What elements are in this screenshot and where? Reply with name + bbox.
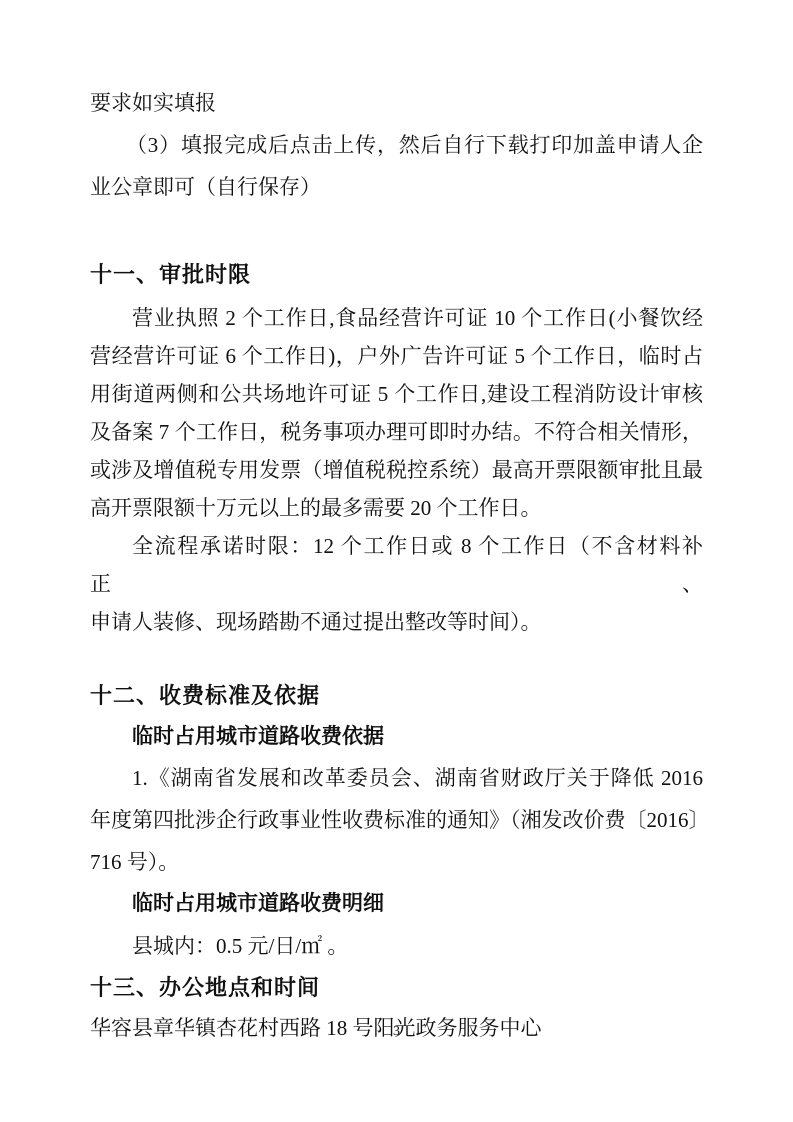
fee-basis-subheading: 临时占用城市道路收费依据 [90,717,703,757]
fee-detail-subheading: 临时占用城市道路收费明细 [90,883,703,925]
body-line: 用街道两侧和公共场地许可证 5 个工作日,建设工程消防设计审核 [90,375,703,413]
section-heading-13: 十三、办公地点和时间 [90,967,703,1009]
body-line: 年度第四批涉企行政事业性收费标准的通知》（湘发改价费〔2016〕 [90,799,703,841]
document-page: 要求如实填报 （3）填报完成后点击上传，然后自行下载打印加盖申请人企 业公章即可… [0,0,793,1122]
body-line: 全流程承诺时限：12 个工作日或 8 个工作日（不含材料补正、 [90,527,703,603]
section12-detail-paragraph: 县城内：0.5 元/日/㎡ 。 [90,925,703,967]
intro-paragraph: 要求如实填报 （3）填报完成后点击上传，然后自行下载打印加盖申请人企 业公章即可… [90,82,703,208]
section12-basis-paragraph: 1.《湖南省发展和改革委员会、湖南省财政厅关于降低 2016 年度第四批涉企行政… [90,757,703,883]
body-line: 营经营许可证 6 个工作日)，户外广告许可证 5 个工作日，临时占 [90,337,703,375]
body-line: 营业执照 2 个工作日,食品经营许可证 10 个工作日(小餐饮经 [90,299,703,337]
page-number: 3 [0,1022,793,1042]
section11-paragraph-2: 全流程承诺时限：12 个工作日或 8 个工作日（不含材料补正、 申请人装修、现场… [90,527,703,641]
section-heading-12: 十二、收费标准及依据 [90,675,703,717]
body-line: 及备案 7 个工作日，税务事项办理可即时办结。不符合相关情形， [90,413,703,451]
body-line: 申请人装修、现场踏勘不通过提出整改等时间）。 [90,603,703,641]
intro-line: （3）填报完成后点击上传，然后自行下载打印加盖申请人企 [90,124,703,166]
body-line: 716 号）。 [90,841,703,883]
fee-detail-line: 县城内：0.5 元/日/㎡ 。 [90,925,703,967]
document-content: 要求如实填报 （3）填报完成后点击上传，然后自行下载打印加盖申请人企 业公章即可… [90,0,703,1047]
intro-line: 业公章即可（自行保存） [90,166,703,208]
body-line: 高开票限额十万元以上的最多需要 20 个工作日。 [90,489,703,527]
intro-line: 要求如实填报 [90,82,703,124]
body-line: 1.《湖南省发展和改革委员会、湖南省财政厅关于降低 2016 [90,757,703,799]
section-heading-11: 十一、审批时限 [90,254,703,296]
body-line: 或涉及增值税专用发票（增值税税控系统）最高开票限额审批且最 [90,451,703,489]
section11-paragraph-1: 营业执照 2 个工作日,食品经营许可证 10 个工作日(小餐饮经 营经营许可证 … [90,299,703,527]
